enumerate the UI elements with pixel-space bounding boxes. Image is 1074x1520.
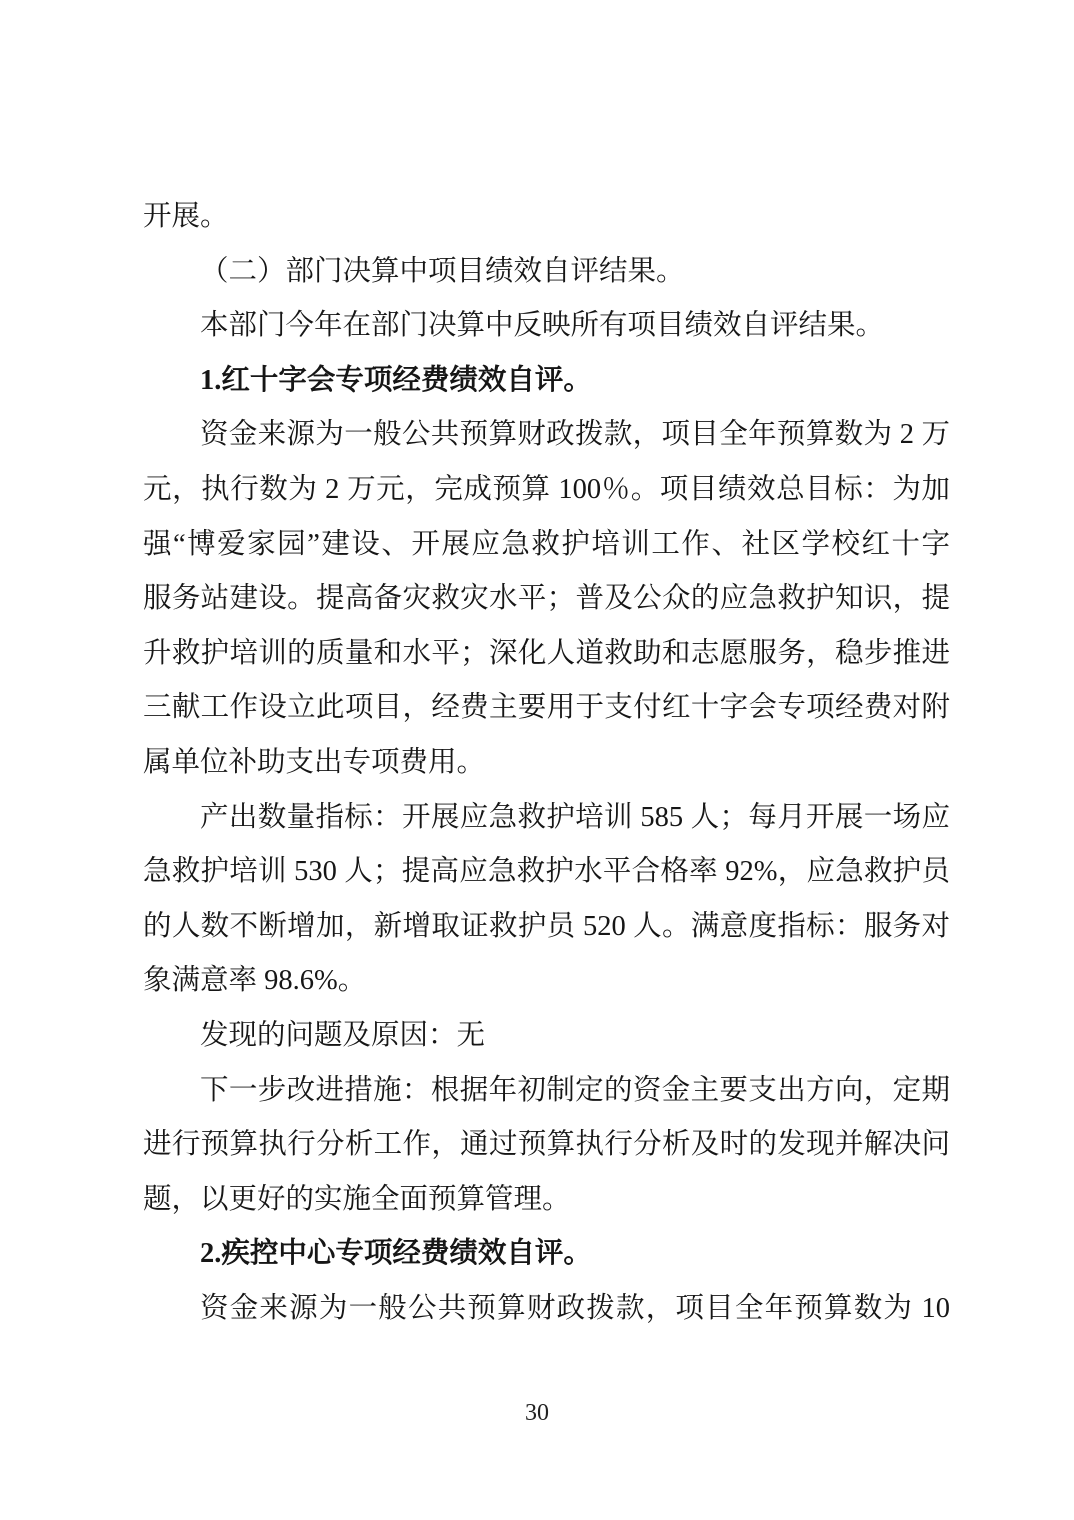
doc-line-17: 下一步改进措施：根据年初制定的资金主要支出方向，定期 — [143, 1064, 950, 1119]
doc-line-3: 本部门今年在部门决算中反映所有项目绩效自评结果。 — [143, 299, 950, 354]
doc-line-9: 升救护培训的质量和水平；深化人道救助和志愿服务，稳步推进 — [143, 627, 950, 682]
doc-line-14: 的人数不断增加，新增取证救护员 520 人。满意度指标：服务对 — [143, 900, 950, 955]
doc-line-2-subsection-title: （二）部门决算中项目绩效自评结果。 — [143, 245, 950, 300]
doc-line-20-heading-cdc: 2.疾控中心专项经费绩效自评。 — [143, 1227, 950, 1282]
doc-line-5: 资金来源为一般公共预算财政拨款，项目全年预算数为 2 万 — [143, 408, 950, 463]
document-page: 开展。 （二）部门决算中项目绩效自评结果。 本部门今年在部门决算中反映所有项目绩… — [0, 0, 1074, 1520]
doc-line-8: 服务站建设。提高备灾救灾水平；普及公众的应急救护知识，提 — [143, 572, 950, 627]
doc-line-19: 题，以更好的实施全面预算管理。 — [143, 1173, 950, 1228]
doc-line-6: 元，执行数为 2 万元，完成预算 100％。项目绩效总目标：为加 — [143, 463, 950, 518]
doc-line-12: 产出数量指标：开展应急救护培训 585 人；每月开展一场应 — [143, 791, 950, 846]
doc-line-21: 资金来源为一般公共预算财政拨款，项目全年预算数为 10 — [143, 1282, 950, 1337]
document-body: 开展。 （二）部门决算中项目绩效自评结果。 本部门今年在部门决算中反映所有项目绩… — [143, 190, 950, 1336]
doc-line-11: 属单位补助支出专项费用。 — [143, 736, 950, 791]
doc-line-4-heading-red-cross: 1.红十字会专项经费绩效自评。 — [143, 354, 950, 409]
doc-line-13: 急救护培训 530 人；提高应急救护水平合格率 92%，应急救护员 — [143, 845, 950, 900]
page-number: 30 — [0, 1398, 1074, 1428]
doc-line-18: 进行预算执行分析工作，通过预算执行分析及时的发现并解决问 — [143, 1118, 950, 1173]
doc-line-7: 强“博爱家园”建设、开展应急救护培训工作、社区学校红十字 — [143, 518, 950, 573]
doc-line-10: 三献工作设立此项目，经费主要用于支付红十字会专项经费对附 — [143, 681, 950, 736]
doc-line-15: 象满意率 98.6%。 — [143, 954, 950, 1009]
doc-line-16: 发现的问题及原因：无 — [143, 1009, 950, 1064]
doc-line-1: 开展。 — [143, 190, 950, 245]
